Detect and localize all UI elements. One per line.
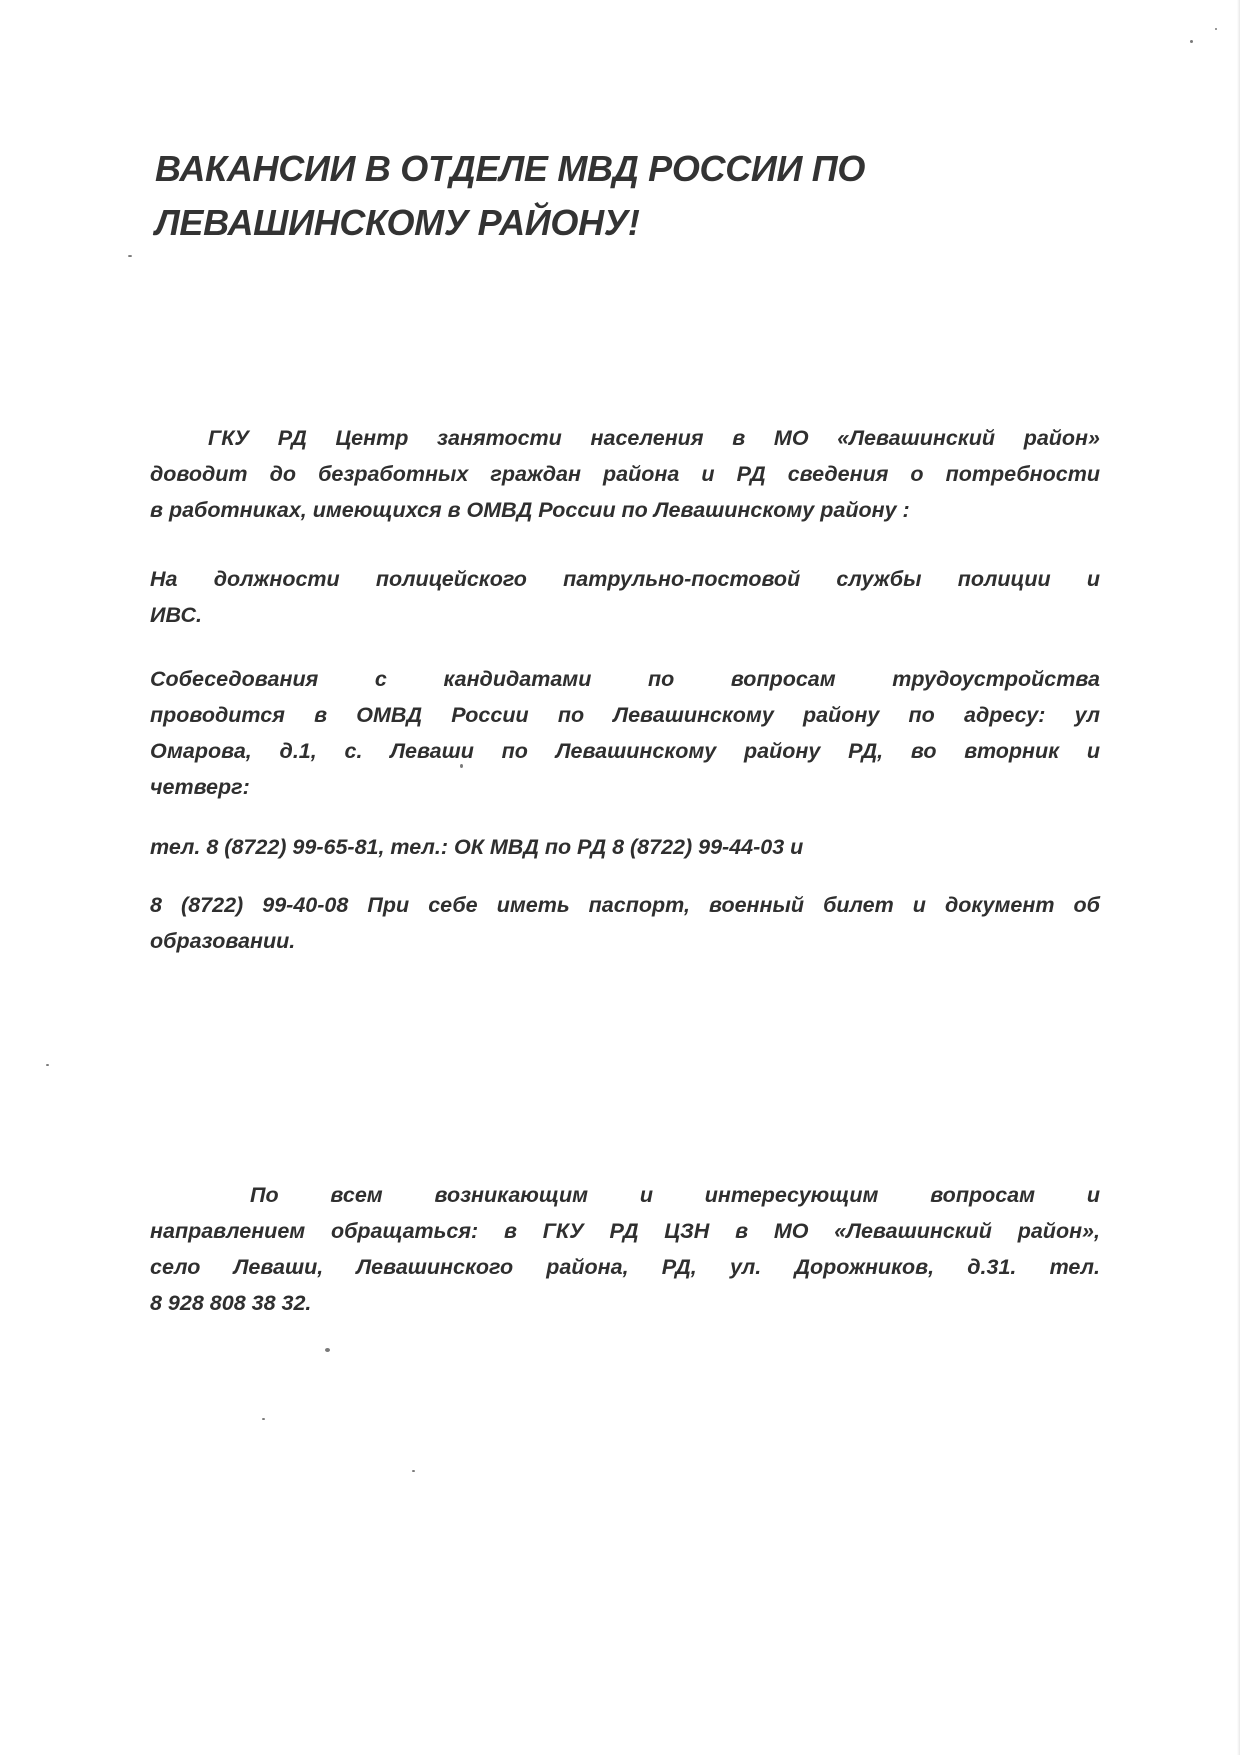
interview-line-3: Омарова, д.1, с. Леваши по Левашинскому … <box>150 733 1100 769</box>
documents-paragraph: 8 (8722) 99-40-08 При себе иметь паспорт… <box>150 887 1100 959</box>
contact-line-3: село Леваши, Левашинского района, РД, ул… <box>150 1249 1100 1285</box>
contact-paragraph: По всем возникающим и интересующим вопро… <box>150 1177 1100 1321</box>
scan-speck <box>460 764 463 768</box>
title-line-1: ВАКАНСИИ В ОТДЕЛЕ МВД РОССИИ ПО <box>155 142 975 196</box>
positions-line-2: ИВС. <box>150 597 1100 633</box>
contact-line-2: направлением обращаться: в ГКУ РД ЦЗН в … <box>150 1213 1100 1249</box>
scan-speck <box>325 1348 330 1352</box>
scan-speck <box>128 255 132 257</box>
scan-speck <box>262 1418 265 1420</box>
intro-line-3: в работниках, имеющихся в ОМВД России по… <box>150 492 1100 528</box>
phones-paragraph: тел. 8 (8722) 99-65-81, тел.: ОК МВД по … <box>150 829 1100 865</box>
documents-line-2: образовании. <box>150 923 1100 959</box>
intro-line-2: доводит до безработных граждан района и … <box>150 456 1100 492</box>
interview-line-4: четверг: <box>150 769 1100 805</box>
document-title: ВАКАНСИИ В ОТДЕЛЕ МВД РОССИИ ПО ЛЕВАШИНС… <box>155 142 975 250</box>
scan-speck <box>412 1470 415 1472</box>
contact-line-1: По всем возникающим и интересующим вопро… <box>150 1177 1100 1213</box>
positions-line-1: На должности полицейского патрульно-пост… <box>150 561 1100 597</box>
intro-line-1: ГКУ РД Центр занятости населения в МО «Л… <box>150 420 1100 456</box>
documents-line-1: 8 (8722) 99-40-08 При себе иметь паспорт… <box>150 887 1100 923</box>
positions-paragraph: На должности полицейского патрульно-пост… <box>150 561 1100 633</box>
interview-paragraph: Собеседования с кандидатами по вопросам … <box>150 661 1100 805</box>
scanned-document-page: ВАКАНСИИ В ОТДЕЛЕ МВД РОССИИ ПО ЛЕВАШИНС… <box>0 0 1240 1755</box>
scan-speck <box>1190 40 1193 43</box>
interview-line-1: Собеседования с кандидатами по вопросам … <box>150 661 1100 697</box>
interview-line-2: проводится в ОМВД России по Левашинскому… <box>150 697 1100 733</box>
phones-line: тел. 8 (8722) 99-65-81, тел.: ОК МВД по … <box>150 829 1100 865</box>
intro-paragraph: ГКУ РД Центр занятости населения в МО «Л… <box>150 420 1100 528</box>
scan-speck <box>1215 28 1217 30</box>
scan-speck <box>46 1064 49 1066</box>
contact-line-4: 8 928 808 38 32. <box>150 1285 1100 1321</box>
title-line-2: ЛЕВАШИНСКОМУ РАЙОНУ! <box>155 196 975 250</box>
